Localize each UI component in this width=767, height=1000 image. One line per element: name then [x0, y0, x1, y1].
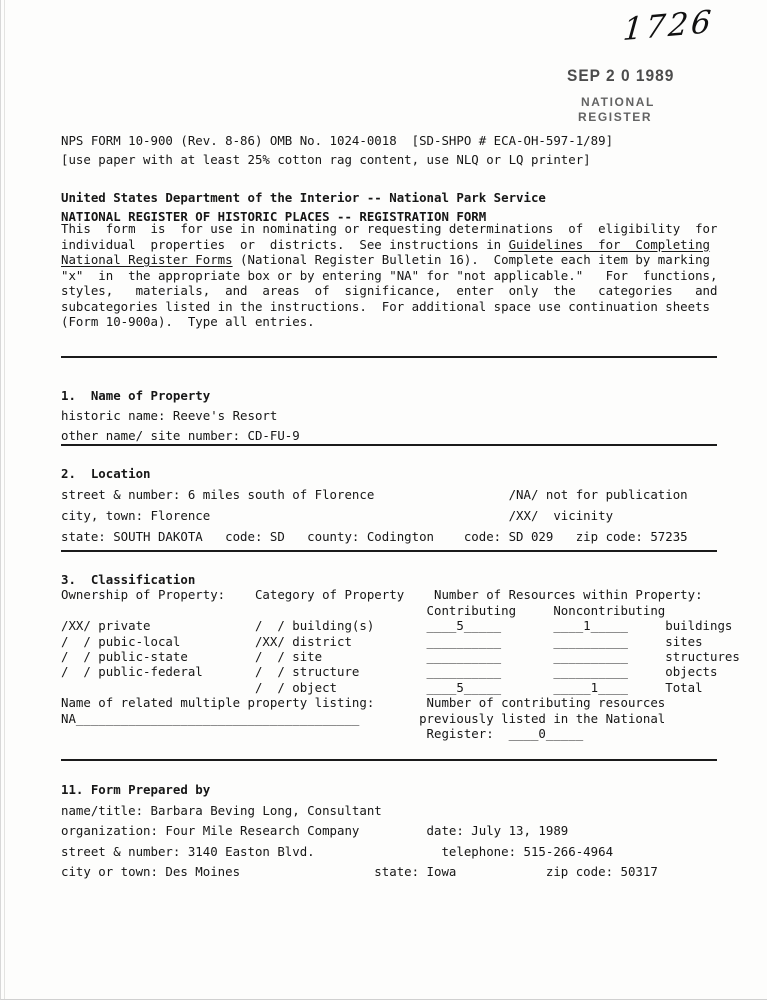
text-line: "x" in the appropriate box or by enterin… — [61, 268, 741, 284]
text-line: / / public-federal / / structure _______… — [61, 664, 741, 679]
national-register-stamp-line2: REGISTER — [578, 110, 655, 125]
text-line: 11. Form Prepared by — [61, 780, 741, 801]
text-line: street & number: 3140 Easton Blvd. telep… — [61, 842, 741, 863]
text-line: name/title: Barbara Beving Long, Consult… — [61, 801, 741, 822]
section-divider-rule — [61, 550, 717, 552]
text-line: United States Department of the Interior… — [61, 188, 741, 207]
text-line: Register: ____0_____ — [61, 726, 741, 741]
section-11-form-prepared-by: 11. Form Prepared byname/title: Barbara … — [61, 780, 741, 883]
text-line: / / object ____5_____ _____1____ Total — [61, 680, 741, 695]
handwritten-number: 1726 — [622, 4, 716, 48]
date-received-stamp: SEP 2 0 1989 — [567, 68, 674, 87]
text-line: styles, materials, and areas of signific… — [61, 283, 741, 299]
text-line: 3. Classification — [61, 572, 741, 587]
section-divider-rule — [61, 759, 717, 761]
section-3-classification: 3. ClassificationOwnership of Property: … — [61, 572, 741, 741]
text-line: Contributing Noncontributing — [61, 603, 741, 618]
text-line: /XX/ private / / building(s) ____5_____ … — [61, 618, 741, 633]
section-1-name-of-property: 1. Name of Propertyhistoric name: Reeve'… — [61, 386, 741, 446]
text-line: street & number: 6 miles south of Floren… — [61, 484, 741, 505]
text-line: Ownership of Property: Category of Prope… — [61, 587, 741, 602]
text-line: [use paper with at least 25% cotton rag … — [61, 150, 741, 169]
text-line: 2. Location — [61, 463, 741, 484]
form-header-block: NPS FORM 10-900 (Rev. 8-86) OMB No. 1024… — [61, 131, 741, 169]
text-line: 1. Name of Property — [61, 386, 741, 406]
instructions-paragraph: This form is for use in nominating or re… — [61, 221, 741, 330]
text-line: individual properties or districts. See … — [61, 237, 741, 253]
text-line: city, town: Florence /XX/ vicinity — [61, 505, 741, 526]
section-2-location: 2. Locationstreet & number: 6 miles sout… — [61, 463, 741, 547]
text-line: NPS FORM 10-900 (Rev. 8-86) OMB No. 1024… — [61, 131, 741, 150]
section-divider-rule — [61, 356, 717, 358]
text-line: (Form 10-900a). Type all entries. — [61, 314, 741, 330]
national-register-stamp-line1: NATIONAL — [581, 95, 655, 110]
text-line: National Register Forms (National Regist… — [61, 252, 741, 268]
text-line: city or town: Des Moines state: Iowa zip… — [61, 862, 741, 883]
text-line: / / public-state / / site __________ ___… — [61, 649, 741, 664]
text-line: Name of related multiple property listin… — [61, 695, 741, 710]
section-divider-rule — [61, 444, 717, 446]
text-line: NA______________________________________… — [61, 711, 741, 726]
text-line: / / pubic-local /XX/ district __________… — [61, 634, 741, 649]
text-line: organization: Four Mile Research Company… — [61, 821, 741, 842]
scanned-document-page: 1726 SEP 2 0 1989 NATIONAL REGISTER NPS … — [0, 0, 767, 1000]
text-line: historic name: Reeve's Resort — [61, 406, 741, 426]
text-line: other name/ site number: CD-FU-9 — [61, 426, 741, 446]
text-line: state: SOUTH DAKOTA code: SD county: Cod… — [61, 526, 741, 547]
text-line: This form is for use in nominating or re… — [61, 221, 741, 237]
national-register-stamp: NATIONAL REGISTER — [581, 95, 655, 124]
text-line: subcategories listed in the instructions… — [61, 299, 741, 315]
